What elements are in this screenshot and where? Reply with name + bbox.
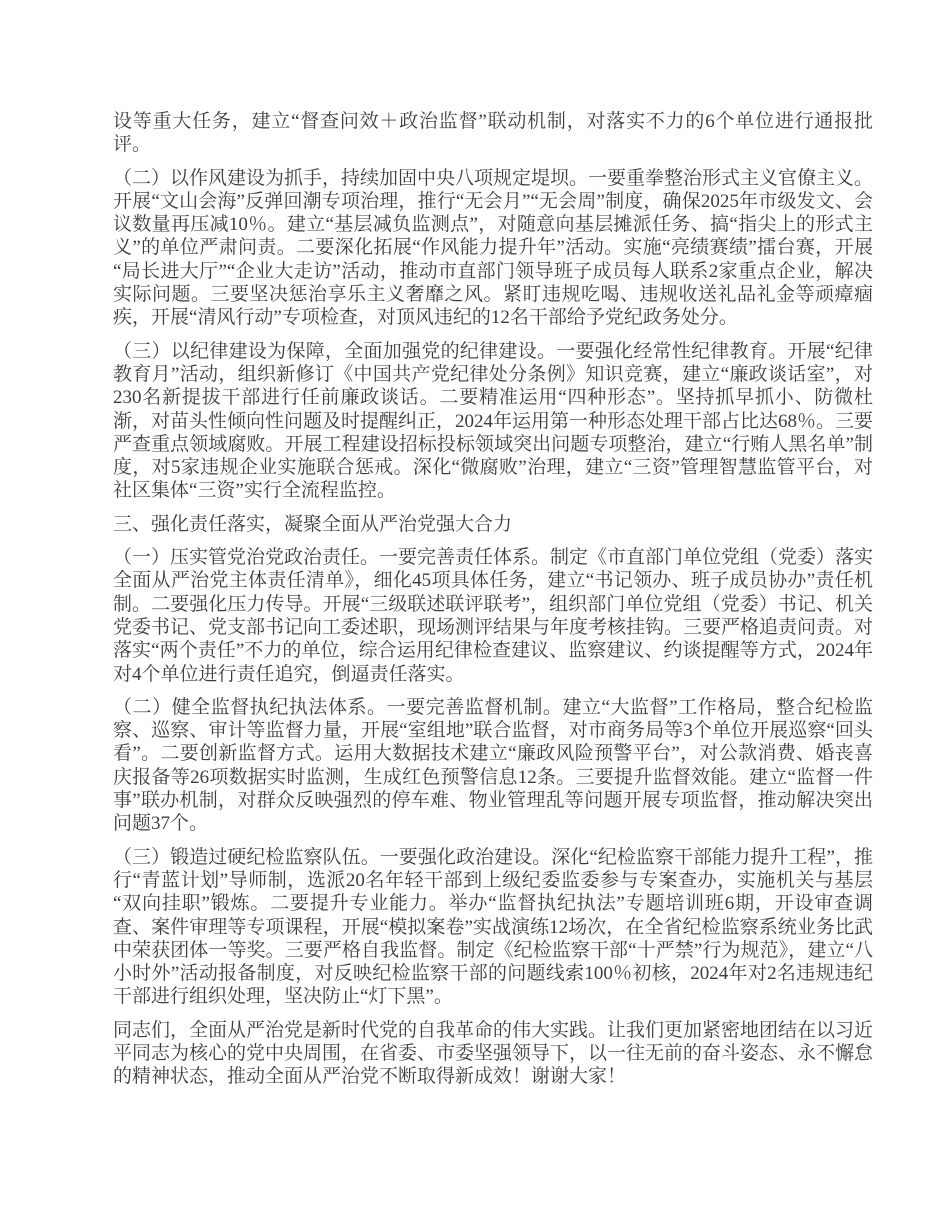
- section-heading-three: 三、强化责任落实，凝聚全面从严治党强大合力: [113, 513, 873, 536]
- paragraph-work-style: （二）以作风建设为抓手，持续加固中央八项规定堤坝。一要重拳整治形式主义官僚主义。…: [113, 167, 873, 330]
- paragraph-discipline-building: （三）以纪律建设为保障，全面加强党的纪律建设。一要强化经常性纪律教育。开展“纪律…: [113, 340, 873, 503]
- paragraph-political-responsibility: （一）压实管党治党政治责任。一要完善责任体系。制定《市直部门单位党组（党委）落实…: [113, 546, 873, 686]
- paragraph-inspection-team: （三）锻造过硬纪检监察队伍。一要强化政治建设。深化“纪检监察干部能力提升工程”，…: [113, 846, 873, 1009]
- document-page: 设等重大任务，建立“督查问效＋政治监督”联动机制，对落实不力的6个单位进行通报批…: [113, 110, 873, 1099]
- paragraph-closing: 同志们，全面从严治党是新时代党的自我革命的伟大实践。让我们更加紧密地团结在以习近…: [113, 1019, 873, 1089]
- paragraph-continuation: 设等重大任务，建立“督查问效＋政治监督”联动机制，对落实不力的6个单位进行通报批…: [113, 110, 873, 157]
- paragraph-supervision-system: （二）健全监督执纪执法体系。一要完善监督机制。建立“大监督”工作格局，整合纪检监…: [113, 696, 873, 836]
